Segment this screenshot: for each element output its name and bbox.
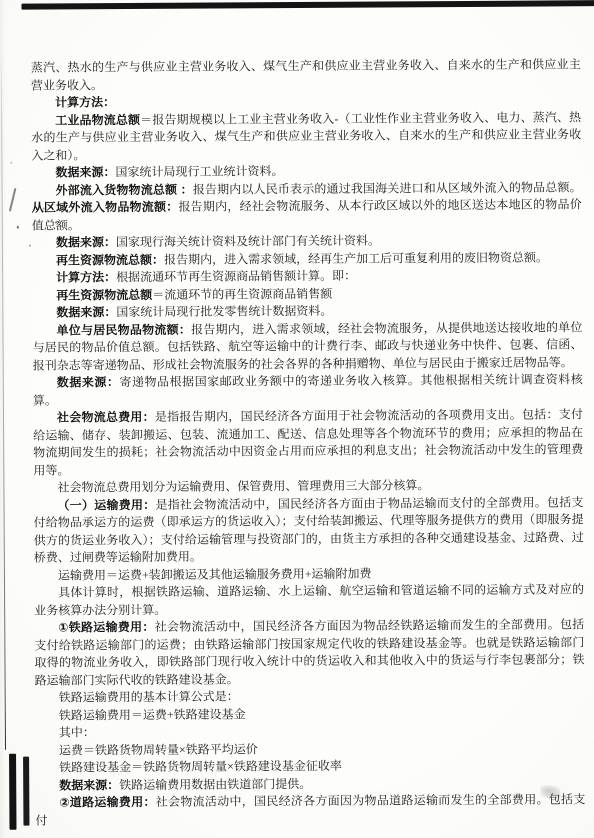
scanned-page: 蒸汽、热水的生产与供应业主营业务收入、煤气生产和供应业主营业务收入、自来水的生产… [0, 0, 594, 838]
paragraph: 具体计算时，根据铁路运输、道路运输、水上运输、航空运输和管道运输不同的运输方式及… [34, 581, 584, 619]
margin-speck [17, 226, 19, 229]
term-bold: 再生资源物流总额 [56, 287, 152, 302]
term-bold: 从区域外流入物品物流额： [32, 200, 179, 215]
paragraph: ①铁路运输费用：社会物流活动中，国民经济各方面因为物品经铁路运输而发生的全部费用… [34, 616, 584, 689]
paragraph: 单位与居民物品物流额：报告期内，进入需求领域，经社会物流服务，从提供地送达接收地… [32, 319, 582, 375]
text-run: 运输费用＝运费+装卸搬运及其他运输服务费用+运输附加费 [58, 566, 372, 582]
text-run: 铁路建设基金＝铁路货物周转量×铁路建设基金征收率 [59, 759, 342, 775]
term-bold: ①铁路运输费用： [58, 620, 155, 635]
term-bold: 外部流入货物物流总额 ： [56, 182, 193, 197]
margin-pen-stroke [9, 188, 17, 212]
paragraph: 社会物流总费用：是指报告期内，国民经济各方面用于社会物流活动的各项费用支出。包括… [33, 406, 583, 479]
scan-left-edge-line [0, 50, 6, 750]
paragraph: 数据来源：寄递物品根据国家邮政业务额中的寄递业务收入核算。其他根据相关统计调查资… [33, 371, 583, 409]
text-run: 报告期内，进入需求领域，经再生产加工后可重复利用的废旧物资总额。 [164, 250, 548, 266]
paragraph: 再生资源物流总额：报告期内，进入需求领域，经再生产加工后可重复利用的废旧物资总额… [32, 249, 582, 270]
text-run: 铁路运输费用的基本计算公式是： [59, 689, 239, 704]
paragraph: ②道路运输费用：社会物流活动中，国民经济各方面因为物品道路运输而发生的全部费用。… [35, 791, 585, 829]
text-run: 根据流通环节再生资源商品销售额计算。即： [116, 269, 356, 284]
term-bold: 计算方法： [55, 95, 115, 109]
text-run: 国家统计局现行批发零售统计数据资料。 [116, 304, 332, 319]
term-bold: 再生资源物流总额： [56, 252, 164, 267]
text-run: 具体计算时，根据铁路运输、道路运输、水上运输、航空运输和管道运输不同的运输方式及… [34, 582, 584, 617]
term-bold: 数据来源： [57, 375, 120, 389]
paragraph: 外部流入货物物流总额 ：报告期内以人民币表示的通过我国海关进口和从区域外流入的物… [32, 179, 582, 235]
margin-speck [10, 162, 12, 164]
scan-top-edge-bar [21, 0, 594, 10]
paragraph: 工业品物流总额＝报告期规模以上工业主营业务收入-（工业性作业主营业务收入、电力、… [31, 109, 581, 165]
text-run: 铁路运输费用数据由铁道部门提供。 [119, 776, 311, 791]
text-run: 国家现行海关统计资料及统计部门有关统计资料。 [116, 233, 380, 249]
term-bold: （一）运输费用： [57, 497, 155, 512]
scan-bottom-left-bar-2 [23, 757, 29, 826]
text-run: 报告期内以人民币表示的通过我国海关进口和从区域外流入的物品总额。 [193, 180, 582, 196]
page-sheet: 蒸汽、热水的生产与供应业主营业务收入、煤气生产和供应业主营业务收入、自来水的生产… [0, 0, 594, 838]
term-bold: 社会物流总费用： [57, 410, 155, 425]
margin-speck [29, 245, 31, 247]
scan-bottom-left-bar-1 [9, 754, 16, 830]
text-run: 运费＝铁路货物周转量×铁路平均运价 [59, 742, 258, 757]
text-run: 社会物流总费用划分为运输费用、保管费用、管理费用三大部分核算。 [57, 478, 429, 494]
term-bold: 数据来源： [55, 165, 115, 179]
text-run: 蒸汽、热水的生产与供应业主营业务收入、煤气生产和供应业主营业务收入、自来水的生产… [31, 57, 581, 92]
term-bold: 数据来源： [59, 778, 119, 792]
text-run: ＝流通环节的再生资源商品销售额 [152, 286, 332, 301]
term-bold: 工业品物流总额 [55, 112, 140, 127]
text-run: 铁路运输费用＝运费+铁路建设基金 [59, 707, 246, 722]
term-bold: 数据来源： [56, 305, 116, 319]
document-body: 蒸汽、热水的生产与供应业主营业务收入、煤气生产和供应业主营业务收入、自来水的生产… [31, 56, 586, 829]
term-bold: 数据来源： [56, 235, 116, 249]
paragraph: （一）运输费用：是指社会物流活动中，国民经济各方面由于物品运输而支付的全部费用。… [33, 494, 583, 567]
term-bold: 计算方法： [56, 270, 116, 284]
paragraph: 蒸汽、热水的生产与供应业主营业务收入、煤气生产和供应业主营业务收入、自来水的生产… [31, 56, 581, 94]
term-bold: 单位与居民物品物流额： [56, 322, 191, 337]
text-run: 国家统计局现行工业统计资料。 [115, 164, 283, 179]
text-run: 其中： [59, 725, 95, 739]
term-bold: ②道路运输费用： [59, 795, 156, 810]
